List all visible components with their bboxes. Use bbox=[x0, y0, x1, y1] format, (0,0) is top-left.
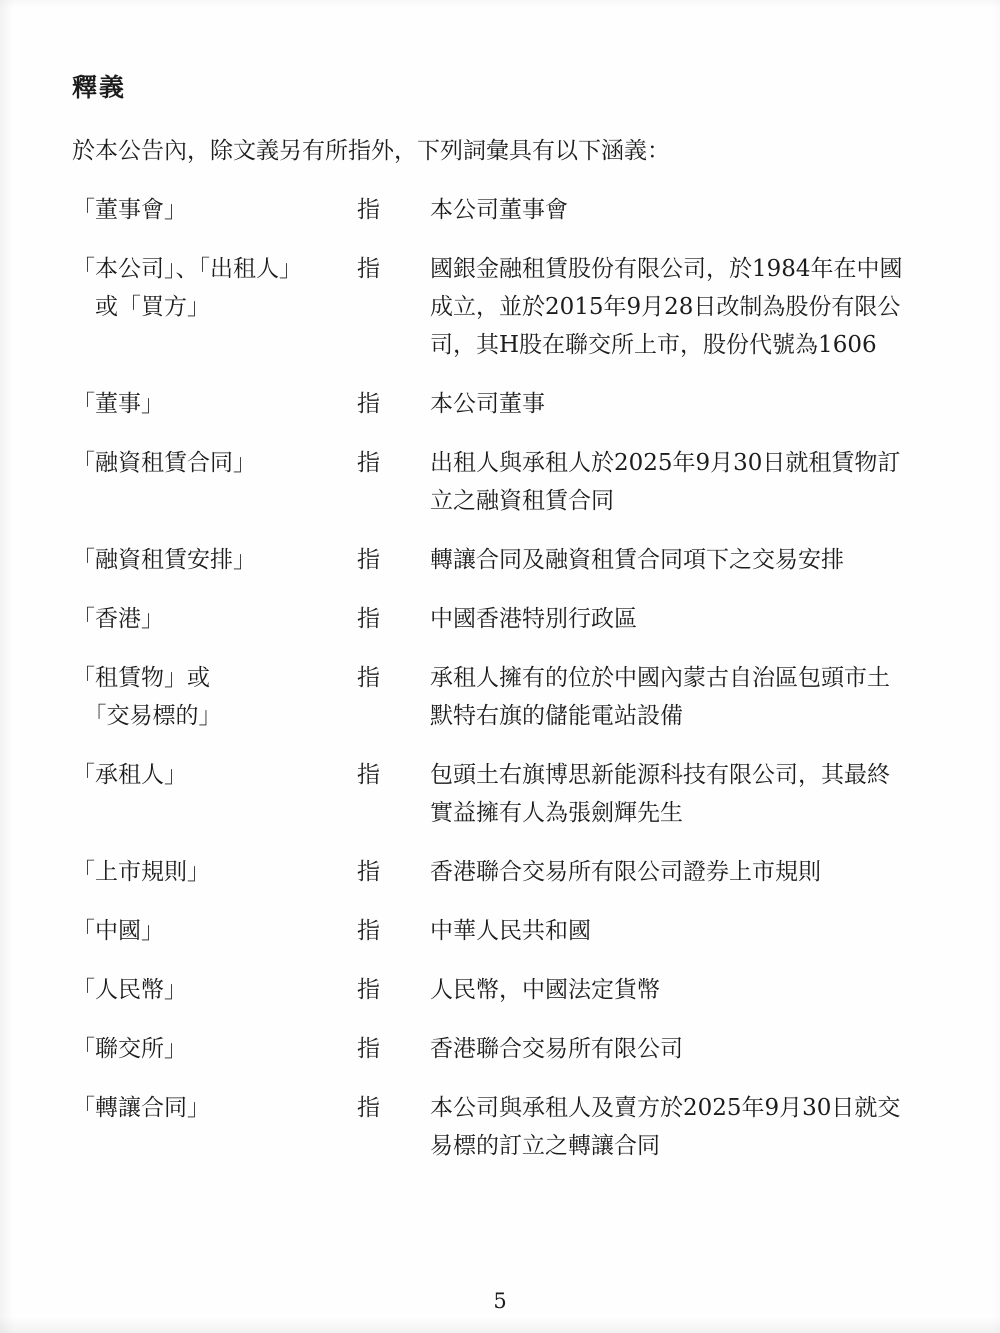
glossary-row: 「融資租賃合同」 指 出租人與承租人於2025年9月30日就租賃物訂 立之融資租… bbox=[72, 444, 940, 520]
glossary-row: 「轉讓合同」 指 本公司與承租人及賣方於2025年9月30日就交 易標的訂立之轉… bbox=[72, 1089, 940, 1165]
term-cell: 「融資租賃合同」 bbox=[72, 444, 357, 482]
means-label: 指 bbox=[357, 1030, 430, 1068]
glossary-row: 「上市規則」 指 香港聯合交易所有限公司證券上市規則 bbox=[72, 853, 940, 891]
means-label: 指 bbox=[357, 444, 430, 482]
means-label: 指 bbox=[357, 250, 430, 288]
means-label: 指 bbox=[357, 971, 430, 1009]
means-label: 指 bbox=[357, 600, 430, 638]
definition-cell: 國銀金融租賃股份有限公司，於1984年在中國 成立，並於2015年9月28日改制… bbox=[430, 250, 940, 364]
page-number: 5 bbox=[0, 1289, 1000, 1313]
intro-text: 於本公告內，除文義另有所指外，下列詞彙具有以下涵義： bbox=[72, 132, 940, 170]
means-label: 指 bbox=[357, 385, 430, 423]
definition-cell: 中國香港特別行政區 bbox=[430, 600, 940, 638]
glossary-row: 「香港」 指 中國香港特別行政區 bbox=[72, 600, 940, 638]
term-cell: 「本公司」、「出租人」 或「買方」 bbox=[72, 250, 357, 326]
definition-cell: 香港聯合交易所有限公司證券上市規則 bbox=[430, 853, 940, 891]
term-cell: 「董事」 bbox=[72, 385, 357, 423]
document-page: 釋義 於本公告內，除文義另有所指外，下列詞彙具有以下涵義： 「董事會」 指 本公… bbox=[0, 0, 1000, 1333]
glossary-row: 「承租人」 指 包頭土右旗博思新能源科技有限公司，其最終 實益擁有人為張劍輝先生 bbox=[72, 756, 940, 832]
means-label: 指 bbox=[357, 912, 430, 950]
term-cell: 「聯交所」 bbox=[72, 1030, 357, 1068]
definition-cell: 人民幣，中國法定貨幣 bbox=[430, 971, 940, 1009]
glossary-row: 「融資租賃安排」 指 轉讓合同及融資租賃合同項下之交易安排 bbox=[72, 541, 940, 579]
means-label: 指 bbox=[357, 756, 430, 794]
term-cell: 「人民幣」 bbox=[72, 971, 357, 1009]
definition-cell: 香港聯合交易所有限公司 bbox=[430, 1030, 940, 1068]
term-cell: 「香港」 bbox=[72, 600, 357, 638]
glossary-row: 「租賃物」或 「交易標的」 指 承租人擁有的位於中國內蒙古自治區包頭市土 默特右… bbox=[72, 659, 940, 735]
means-label: 指 bbox=[357, 541, 430, 579]
term-cell: 「租賃物」或 「交易標的」 bbox=[72, 659, 357, 735]
glossary-row: 「董事」 指 本公司董事 bbox=[72, 385, 940, 423]
page-title: 釋義 bbox=[72, 75, 940, 101]
definition-cell: 本公司董事會 bbox=[430, 191, 940, 229]
term-cell: 「中國」 bbox=[72, 912, 357, 950]
term-cell: 「承租人」 bbox=[72, 756, 357, 794]
definition-cell: 中華人民共和國 bbox=[430, 912, 940, 950]
means-label: 指 bbox=[357, 1089, 430, 1127]
definition-cell: 轉讓合同及融資租賃合同項下之交易安排 bbox=[430, 541, 940, 579]
term-cell: 「融資租賃安排」 bbox=[72, 541, 357, 579]
definition-cell: 承租人擁有的位於中國內蒙古自治區包頭市土 默特右旗的儲能電站設備 bbox=[430, 659, 940, 735]
glossary-row: 「董事會」 指 本公司董事會 bbox=[72, 191, 940, 229]
means-label: 指 bbox=[357, 659, 430, 697]
definition-cell: 本公司董事 bbox=[430, 385, 940, 423]
glossary-row: 「中國」 指 中華人民共和國 bbox=[72, 912, 940, 950]
definition-cell: 出租人與承租人於2025年9月30日就租賃物訂 立之融資租賃合同 bbox=[430, 444, 940, 520]
term-cell: 「董事會」 bbox=[72, 191, 357, 229]
term-cell: 「轉讓合同」 bbox=[72, 1089, 357, 1127]
term-cell: 「上市規則」 bbox=[72, 853, 357, 891]
glossary-row: 「本公司」、「出租人」 或「買方」 指 國銀金融租賃股份有限公司，於1984年在… bbox=[72, 250, 940, 364]
definition-cell: 本公司與承租人及賣方於2025年9月30日就交 易標的訂立之轉讓合同 bbox=[430, 1089, 940, 1165]
glossary-row: 「聯交所」 指 香港聯合交易所有限公司 bbox=[72, 1030, 940, 1068]
glossary-row: 「人民幣」 指 人民幣，中國法定貨幣 bbox=[72, 971, 940, 1009]
means-label: 指 bbox=[357, 853, 430, 891]
means-label: 指 bbox=[357, 191, 430, 229]
definition-cell: 包頭土右旗博思新能源科技有限公司，其最終 實益擁有人為張劍輝先生 bbox=[430, 756, 940, 832]
glossary-table: 「董事會」 指 本公司董事會 「本公司」、「出租人」 或「買方」 指 國銀金融租… bbox=[72, 191, 940, 1165]
